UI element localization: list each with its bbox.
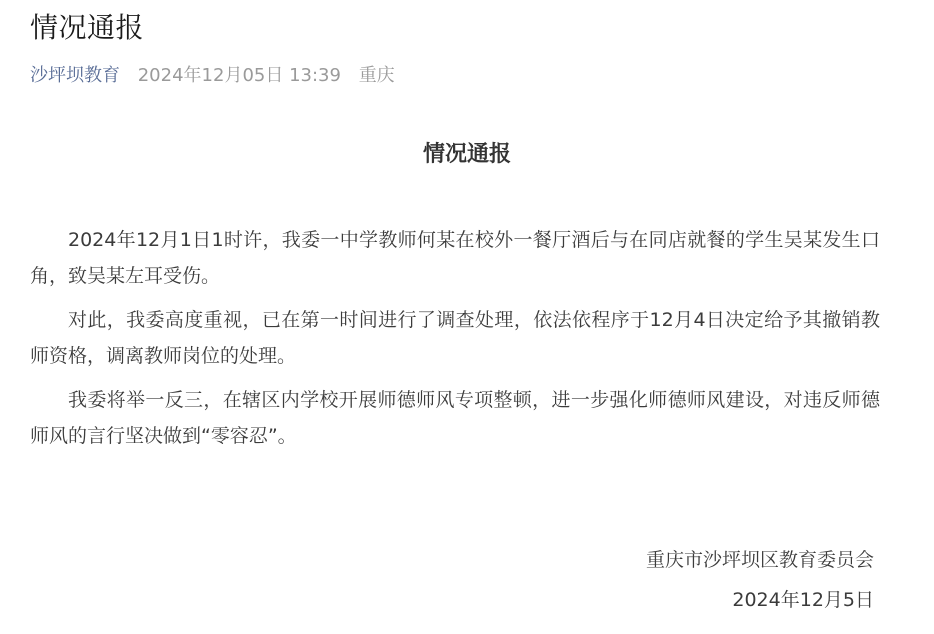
publish-datetime: 2024年12月05日 13:39 (138, 65, 341, 86)
content-heading: 情况通报 (0, 138, 934, 172)
signature-date: 2024年12月5日 (646, 580, 874, 620)
article-title: 情况通报 (30, 8, 144, 48)
paragraph-incident: 2024年12月1日1时许，我委一中学教师何某在校外一餐厅酒后与在同店就餐的学生… (30, 222, 880, 294)
article-meta: 沙坪坝教育 2024年12月05日 13:39 重庆 (30, 62, 395, 90)
account-name-link[interactable]: 沙坪坝教育 (30, 65, 120, 86)
paragraph-follow-up: 我委将举一反三，在辖区内学校开展师德师风专项整顿，进一步强化师德师风建设，对违反… (30, 382, 880, 454)
article-body: 2024年12月1日1时许，我委一中学教师何某在校外一餐厅酒后与在同店就餐的学生… (30, 222, 880, 462)
signature-organization: 重庆市沙坪坝区教育委员会 (646, 540, 874, 580)
signature-block: 重庆市沙坪坝区教育委员会 2024年12月5日 (646, 540, 874, 620)
publish-location: 重庆 (359, 65, 395, 86)
paragraph-handling: 对此，我委高度重视，已在第一时间进行了调查处理，依法依程序于12月4日决定给予其… (30, 302, 880, 374)
